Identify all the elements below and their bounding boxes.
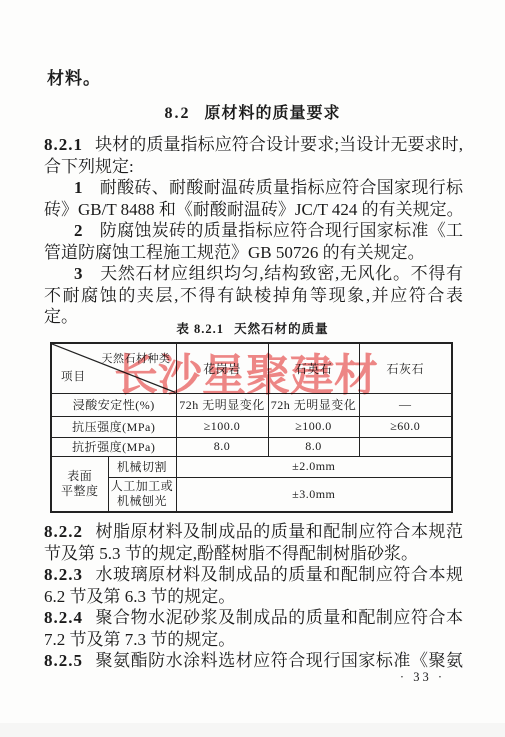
corner-label-item: 项目 (61, 368, 86, 384)
row-label-line: 人工加工或 (109, 479, 176, 494)
text-line: 8.2.1块材的质量指标应符合设计要求;当设计无要求时,应符 (44, 134, 463, 156)
text-line: 砖》GB/T 8488 和《耐酸耐温砖》JC/T 424 的有关规定。 (44, 199, 463, 221)
clause-number: 8.2.3 (44, 565, 83, 584)
table-cell: ±3.0mm (176, 477, 452, 512)
table-cell: ≥100.0 (176, 416, 268, 437)
clause-number: 8.2.2 (44, 522, 83, 541)
list-item-1: 1耐酸砖、耐酸耐温砖质量指标应符合国家现行标准《耐酸 砖》GB/T 8488 和… (44, 177, 463, 220)
row-label: 人工加工或 机械刨光 (108, 477, 176, 512)
table-row: 人工加工或 机械刨光 ±3.0mm (51, 477, 452, 512)
paragraph-8-2-1: 8.2.1块材的质量指标应符合设计要求;当设计无要求时,应符 合下列规定: (44, 134, 463, 177)
group-label-line: 表面 (52, 469, 108, 484)
table-row: 抗折强度(MPa) 8.0 8.0 (51, 437, 452, 456)
clause-text: 树脂原材料及制成品的质量和配制应符合本规范第 5.2 (44, 522, 463, 543)
item-number: 1 (74, 178, 83, 197)
table-caption: 表 8.2.1天然石材的质量 (0, 319, 505, 337)
row-label: 机械切割 (108, 456, 176, 477)
clause-text: 水玻璃原材料及制成品的质量和配制应符合本规范第 (44, 565, 463, 586)
row-label: 抗压强度(MPa) (51, 416, 176, 437)
text-line: 6.2 节及第 6.3 节的规定。 (44, 586, 463, 608)
group-label-line: 平整度 (52, 484, 108, 499)
text-line: 7.2 节及第 7.3 节的规定。 (44, 629, 463, 651)
paragraph-8-2-3: 8.2.3水玻璃原材料及制成品的质量和配制应符合本规范第 6.2 节及第 6.3… (44, 564, 463, 607)
row-label-line: 机械刨光 (109, 494, 176, 509)
section-number: 8.2 (164, 105, 190, 122)
table-cell: ≥100.0 (268, 416, 359, 437)
clause-text: 块材的质量指标应符合设计要求;当设计无要求时,应符 (44, 135, 463, 156)
table-cell: ≥60.0 (359, 416, 452, 437)
text-line: 8.2.2树脂原材料及制成品的质量和配制应符合本规范第 5.2 (44, 521, 463, 543)
section-heading: 8.2原材料的质量要求 (0, 100, 505, 123)
text-line: 不耐腐蚀的夹层,不得有缺棱掉角等现象,并应符合表 8.2.1 的规 (44, 285, 463, 307)
text-line: 8.2.4聚合物水泥砂浆及制成品的质量和配制应符合本规范第 (44, 607, 463, 629)
item-text: 天然石材应组织均匀,结构致密,无风化。不得有裂纹或 (44, 264, 463, 285)
group-label-surface-flatness: 表面 平整度 (51, 456, 108, 512)
list-item-3: 3天然石材应组织均匀,结构致密,无风化。不得有裂纹或 不耐腐蚀的夹层,不得有缺棱… (44, 263, 463, 328)
text-line: 8.2.3水玻璃原材料及制成品的质量和配制应符合本规范第 (44, 564, 463, 586)
paragraph-8-2-5: 8.2.5聚氨酯防水涂料选材应符合现行国家标准《聚氨酯防水涂 (44, 650, 463, 672)
text-line: 1耐酸砖、耐酸耐温砖质量指标应符合国家现行标准《耐酸 (44, 177, 463, 199)
watermark-stamp: 长沙星聚建材 (114, 339, 378, 403)
text-line: 8.2.5聚氨酯防水涂料选材应符合现行国家标准《聚氨酯防水涂 (44, 650, 463, 672)
clause-text: 聚氨酯防水涂料选材应符合现行国家标准《聚氨酯防水涂 (44, 651, 463, 672)
text-line: 3天然石材应组织均匀,结构致密,无风化。不得有裂纹或 (44, 263, 463, 285)
table-row: 表面 平整度 机械切割 ±2.0mm (51, 456, 452, 477)
table-cell: 8.0 (176, 437, 268, 456)
clause-number: 8.2.5 (44, 651, 83, 670)
page-number: · 33 · (400, 670, 445, 685)
scan-edge-artifact (0, 723, 505, 737)
item-text: 耐酸砖、耐酸耐温砖质量指标应符合国家现行标准《耐酸 (44, 178, 463, 199)
item-number: 2 (74, 221, 83, 240)
table-cell: ±2.0mm (176, 456, 452, 477)
section-title: 原材料的质量要求 (204, 105, 340, 122)
text-line: 2防腐蚀炭砖的质量指标应符合现行国家标准《工业设备及 (44, 220, 463, 242)
list-item-2: 2防腐蚀炭砖的质量指标应符合现行国家标准《工业设备及 管道防腐蚀工程施工规范》G… (44, 220, 463, 263)
text-line: 管道防腐蚀工程施工规范》GB 50726 的有关规定。 (44, 242, 463, 264)
paragraph-8-2-4: 8.2.4聚合物水泥砂浆及制成品的质量和配制应符合本规范第 7.2 节及第 7.… (44, 607, 463, 650)
table-title: 天然石材的质量 (234, 322, 329, 336)
row-label: 抗折强度(MPa) (51, 437, 176, 456)
item-number: 3 (74, 264, 83, 283)
table-cell: 8.0 (268, 437, 359, 456)
leading-text: 材料。 (47, 64, 101, 89)
text-line: 节及第 5.3 节的规定,酚醛树脂不得配制树脂砂浆。 (44, 543, 463, 565)
table-cell (359, 437, 452, 456)
clause-text: 聚合物水泥砂浆及制成品的质量和配制应符合本规范第 (44, 608, 463, 629)
document-page: 材料。 8.2原材料的质量要求 8.2.1块材的质量指标应符合设计要求;当设计无… (0, 0, 505, 737)
item-text: 防腐蚀炭砖的质量指标应符合现行国家标准《工业设备及 (44, 221, 463, 242)
table-row: 抗压强度(MPa) ≥100.0 ≥100.0 ≥60.0 (51, 416, 452, 437)
clause-number: 8.2.4 (44, 608, 83, 627)
table-number: 表 8.2.1 (176, 322, 224, 336)
text-line: 合下列规定: (44, 156, 463, 178)
paragraph-8-2-2: 8.2.2树脂原材料及制成品的质量和配制应符合本规范第 5.2 节及第 5.3 … (44, 521, 463, 564)
clause-number: 8.2.1 (44, 135, 83, 154)
